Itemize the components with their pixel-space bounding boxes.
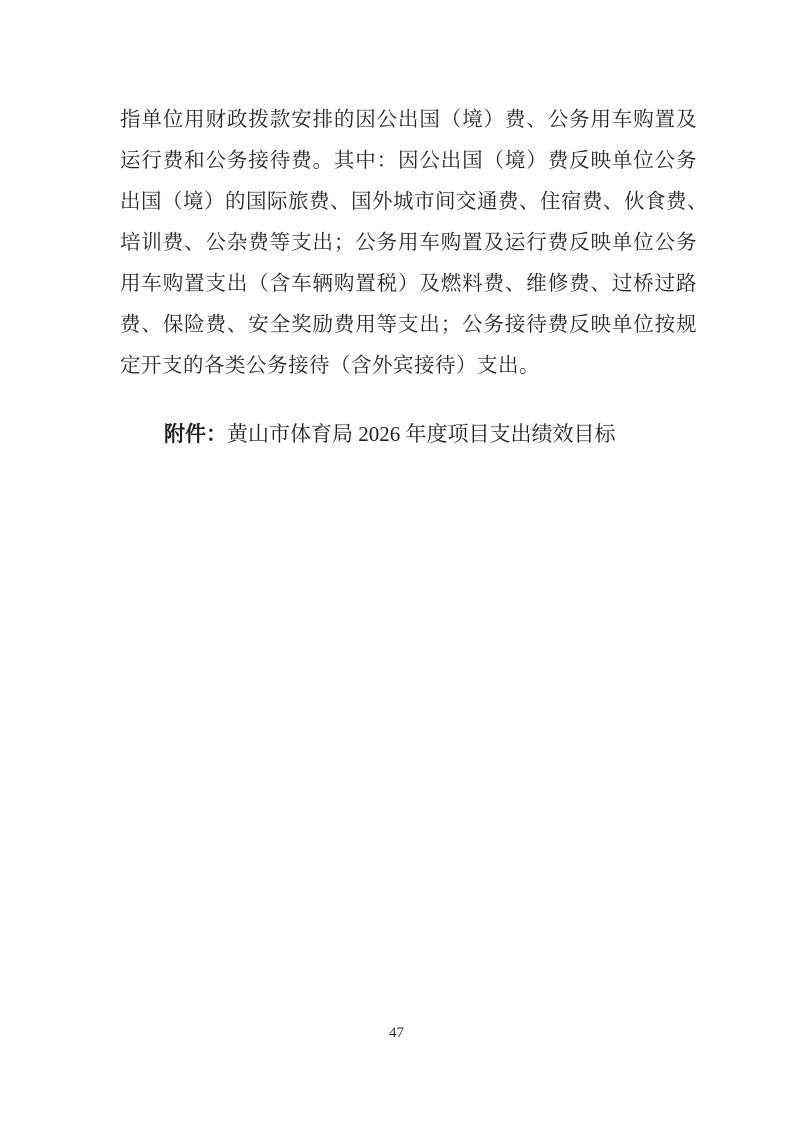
- attachment-title: 黄山市体育局 2026 年度项目支出绩效目标: [227, 422, 616, 446]
- document-page: 指单位用财政拨款安排的因公出国（境）费、公务用车购置及 运行费和公务接待费。其中…: [0, 0, 793, 1122]
- paragraph-line: 指单位用财政拨款安排的因公出国（境）费、公务用车购置及: [120, 100, 697, 141]
- paragraph-line: 费、保险费、安全奖励费用等支出；公务接待费反映单位按规: [120, 305, 697, 346]
- paragraph-line: 运行费和公务接待费。其中：因公出国（境）费反映单位公务: [120, 141, 697, 182]
- attachment-label: 附件：: [164, 422, 227, 446]
- paragraph-line: 定开支的各类公务接待（含外宾接待）支出。: [120, 346, 697, 387]
- body-text-paragraph: 指单位用财政拨款安排的因公出国（境）费、公务用车购置及 运行费和公务接待费。其中…: [120, 100, 697, 387]
- attachment-line: 附件：黄山市体育局 2026 年度项目支出绩效目标: [120, 414, 697, 455]
- paragraph-line: 出国（境）的国际旅费、国外城市间交通费、住宿费、伙食费、: [120, 182, 697, 223]
- paragraph-line: 培训费、公杂费等支出；公务用车购置及运行费反映单位公务: [120, 223, 697, 264]
- page-number: 47: [0, 1022, 793, 1044]
- paragraph-line: 用车购置支出（含车辆购置税）及燃料费、维修费、过桥过路: [120, 264, 697, 305]
